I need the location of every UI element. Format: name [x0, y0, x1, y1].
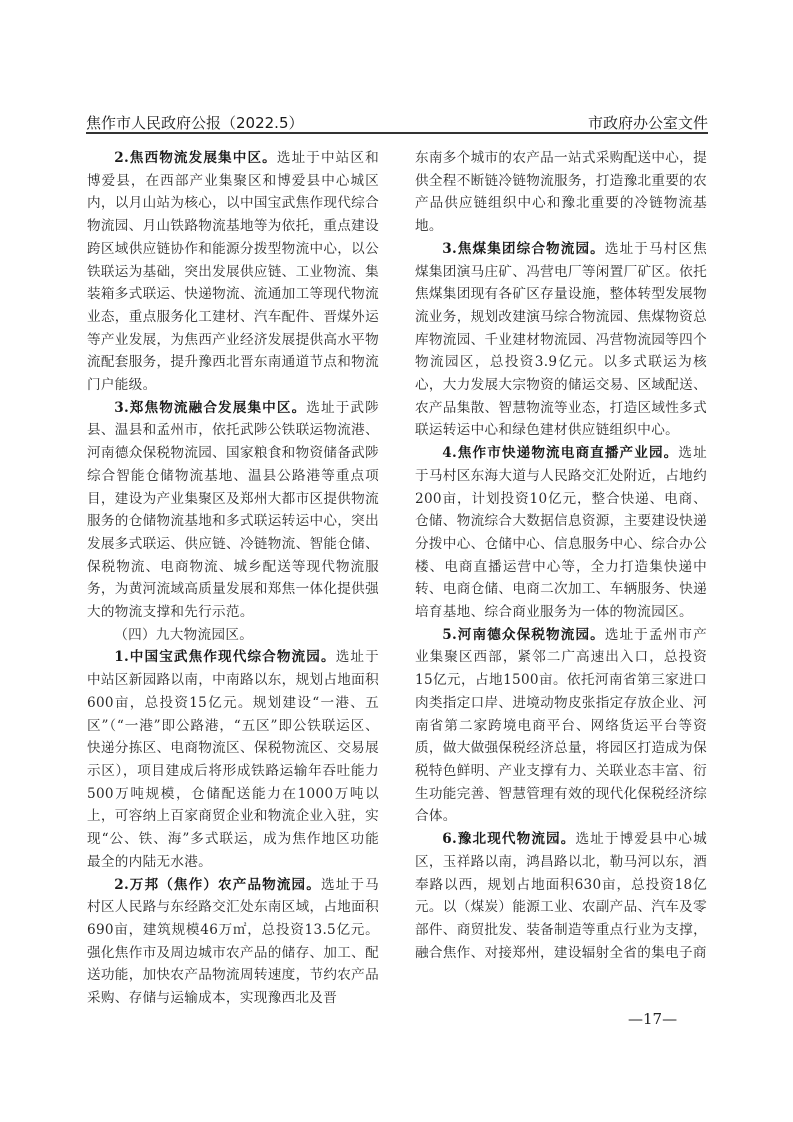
- section-label: 市政府办公室文件: [588, 112, 708, 133]
- paragraph-heading: 5.河南德众保税物流园。: [442, 627, 605, 643]
- paragraph-heading: 3.郑焦物流融合发展集中区。: [114, 400, 306, 416]
- running-header: 焦作市人民政府公报（2022.5） 市政府办公室文件: [86, 110, 708, 132]
- paragraph-heading: 3.焦煤集团综合物流园。: [442, 241, 605, 257]
- paragraph: 5.河南德众保税物流园。选址于孟州市产业集聚区西部，紧邻二广高速出入口，总投资1…: [415, 624, 707, 828]
- paragraph: 2.万邦（焦作）农产品物流园。选址于马村区人民路与东经路交汇处东南区域，占地面积…: [87, 874, 379, 1010]
- paragraph-body: 选址于武陟县、温县和孟州市，依托武陟公铁联运物流港、河南德众保税物流园、国家粮食…: [87, 400, 379, 620]
- paragraph-heading: 4.焦作市快递物流电商直播产业园。: [442, 445, 678, 461]
- paragraph-heading: 6.豫北现代物流园。: [442, 831, 575, 847]
- paragraph: 4.焦作市快递物流电商直播产业园。选址于马村区东海大道与人民路交汇处附近，占地约…: [415, 442, 707, 624]
- paragraph-heading: 2.万邦（焦作）农产品物流园。: [114, 877, 321, 893]
- left-column: 2.焦西物流发展集中区。选址于中站区和博爱县，在西部产业集聚区和博爱县中心城区内…: [87, 147, 379, 1010]
- paragraph: 3.郑焦物流融合发展集中区。选址于武陟县、温县和孟州市，依托武陟公铁联运物流港、…: [87, 397, 379, 624]
- page-number: —17—: [628, 1010, 677, 1028]
- section-subheading: （四）九大物流园区。: [87, 624, 379, 647]
- paragraph: 2.焦西物流发展集中区。选址于中站区和博爱县，在西部产业集聚区和博爱县中心城区内…: [87, 147, 379, 397]
- paragraph-body: 选址于马村区东海大道与人民路交汇处附近，占地约200亩，计划投资10亿元，整合快…: [415, 445, 707, 620]
- paragraph-body: 选址于博爱县中心城区，玉祥路以南，鸿昌路以北，勒马河以东，酒奉路以西，规划占地面…: [415, 831, 707, 961]
- paragraph: 6.豫北现代物流园。选址于博爱县中心城区，玉祥路以南，鸿昌路以北，勒马河以东，酒…: [415, 828, 707, 964]
- paragraph-body: 选址于中站区新园路以南，中南路以东，规划占地面积600亩，总投资15亿元。规划建…: [87, 649, 379, 869]
- paragraph-body: 选址于中站区和博爱县，在西部产业集聚区和博爱县中心城区内，以月山站为核心，以中国…: [87, 150, 379, 393]
- paragraph-body: 选址于孟州市产业集聚区西部，紧邻二广高速出入口，总投资15亿元，占地1500亩。…: [415, 627, 707, 825]
- paragraph: 3.焦煤集团综合物流园。选址于马村区焦煤集团演马庄矿、冯营电厂等闲置厂矿区。依托…: [415, 238, 707, 442]
- paragraph-body: 选址于马村区人民路与东经路交汇处东南区域，占地面积690亩，建筑规模46万㎡，总…: [87, 877, 379, 1007]
- publication-title: 焦作市人民政府公报（2022.5）: [86, 112, 304, 133]
- header-rule: [86, 132, 708, 134]
- paragraph: 1.中国宝武焦作现代综合物流园。选址于中站区新园路以南，中南路以东，规划占地面积…: [87, 646, 379, 873]
- paragraph-body: 选址于马村区焦煤集团演马庄矿、冯营电厂等闲置厂矿区。依托焦煤集团现有各矿区存量设…: [415, 241, 707, 439]
- paragraph-continuation: 东南多个城市的农产品一站式采购配送中心，提供全程不断链冷链物流服务，打造豫北重要…: [415, 147, 707, 238]
- right-column: 东南多个城市的农产品一站式采购配送中心，提供全程不断链冷链物流服务，打造豫北重要…: [415, 147, 707, 964]
- paragraph-heading: 2.焦西物流发展集中区。: [114, 150, 277, 166]
- paragraph-heading: 1.中国宝武焦作现代综合物流园。: [114, 649, 336, 665]
